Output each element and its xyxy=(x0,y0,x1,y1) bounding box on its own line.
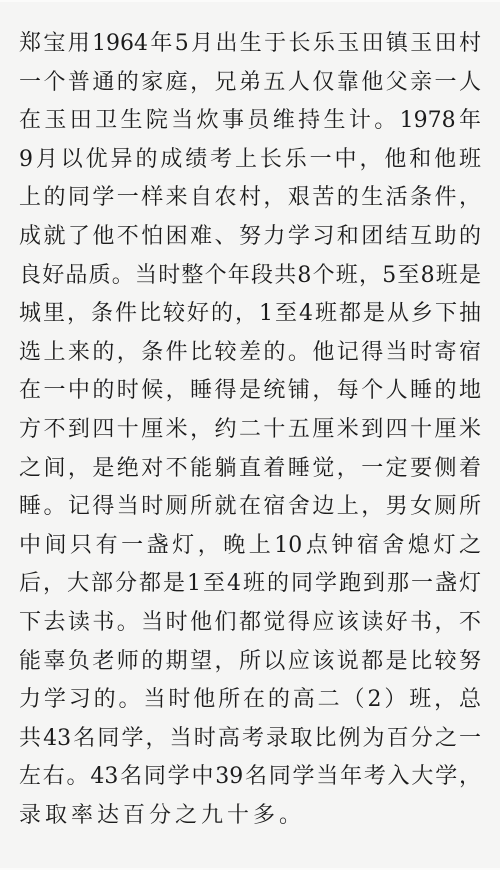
text-line: 一个普通的家庭，兄弟五人仅靠他父亲一人 xyxy=(19,64,481,103)
text-line: 睡。记得当时厕所就在宿舍边上，男女厕所 xyxy=(19,488,481,527)
text-line: 方不到四十厘米，约二十五厘米到四十厘米 xyxy=(19,411,481,450)
text-line: 共43名同学，当时高考录取比例为百分之一 xyxy=(19,720,481,759)
text-line: 城里，条件比较好的，1至4班都是从乡下抽 xyxy=(19,295,481,334)
text-line: 上的同学一样来自农村，艰苦的生活条件， xyxy=(19,179,481,218)
article-text-block: 郑宝用1964年5月出生于长乐玉田镇玉田村 一个普通的家庭，兄弟五人仅靠他父亲一… xyxy=(19,25,481,835)
text-line: 录取率达百分之九十多。 xyxy=(19,797,481,836)
text-line: 后，大部分都是1至4班的同学跑到那一盏灯 xyxy=(19,565,481,604)
text-line: 左右。43名同学中39名同学当年考入大学， xyxy=(19,758,481,797)
text-line: 在一中的时候，睡得是统铺，每个人睡的地 xyxy=(19,372,481,411)
text-line: 成就了他不怕困难、努力学习和团结互助的 xyxy=(19,218,481,257)
text-line: 9月以优异的成绩考上长乐一中，他和他班 xyxy=(19,141,481,180)
document-page: 郑宝用1964年5月出生于长乐玉田镇玉田村 一个普通的家庭，兄弟五人仅靠他父亲一… xyxy=(0,0,500,870)
text-line: 下去读书。当时他们都觉得应该读好书，不 xyxy=(19,604,481,643)
text-line: 能辜负老师的期望，所以应该说都是比较努 xyxy=(19,643,481,682)
text-line: 之间，是绝对不能躺直着睡觉，一定要侧着 xyxy=(19,450,481,489)
text-line: 郑宝用1964年5月出生于长乐玉田镇玉田村 xyxy=(19,25,481,64)
text-line: 中间只有一盏灯，晚上10点钟宿舍熄灯之 xyxy=(19,527,481,566)
text-line: 选上来的，条件比较差的。他记得当时寄宿 xyxy=(19,334,481,373)
text-line: 良好品质。当时整个年段共8个班，5至8班是 xyxy=(19,257,481,296)
text-line: 在玉田卫生院当炊事员维持生计。1978年 xyxy=(19,102,481,141)
text-line: 力学习的。当时他所在的高二（2）班，总 xyxy=(19,681,481,720)
